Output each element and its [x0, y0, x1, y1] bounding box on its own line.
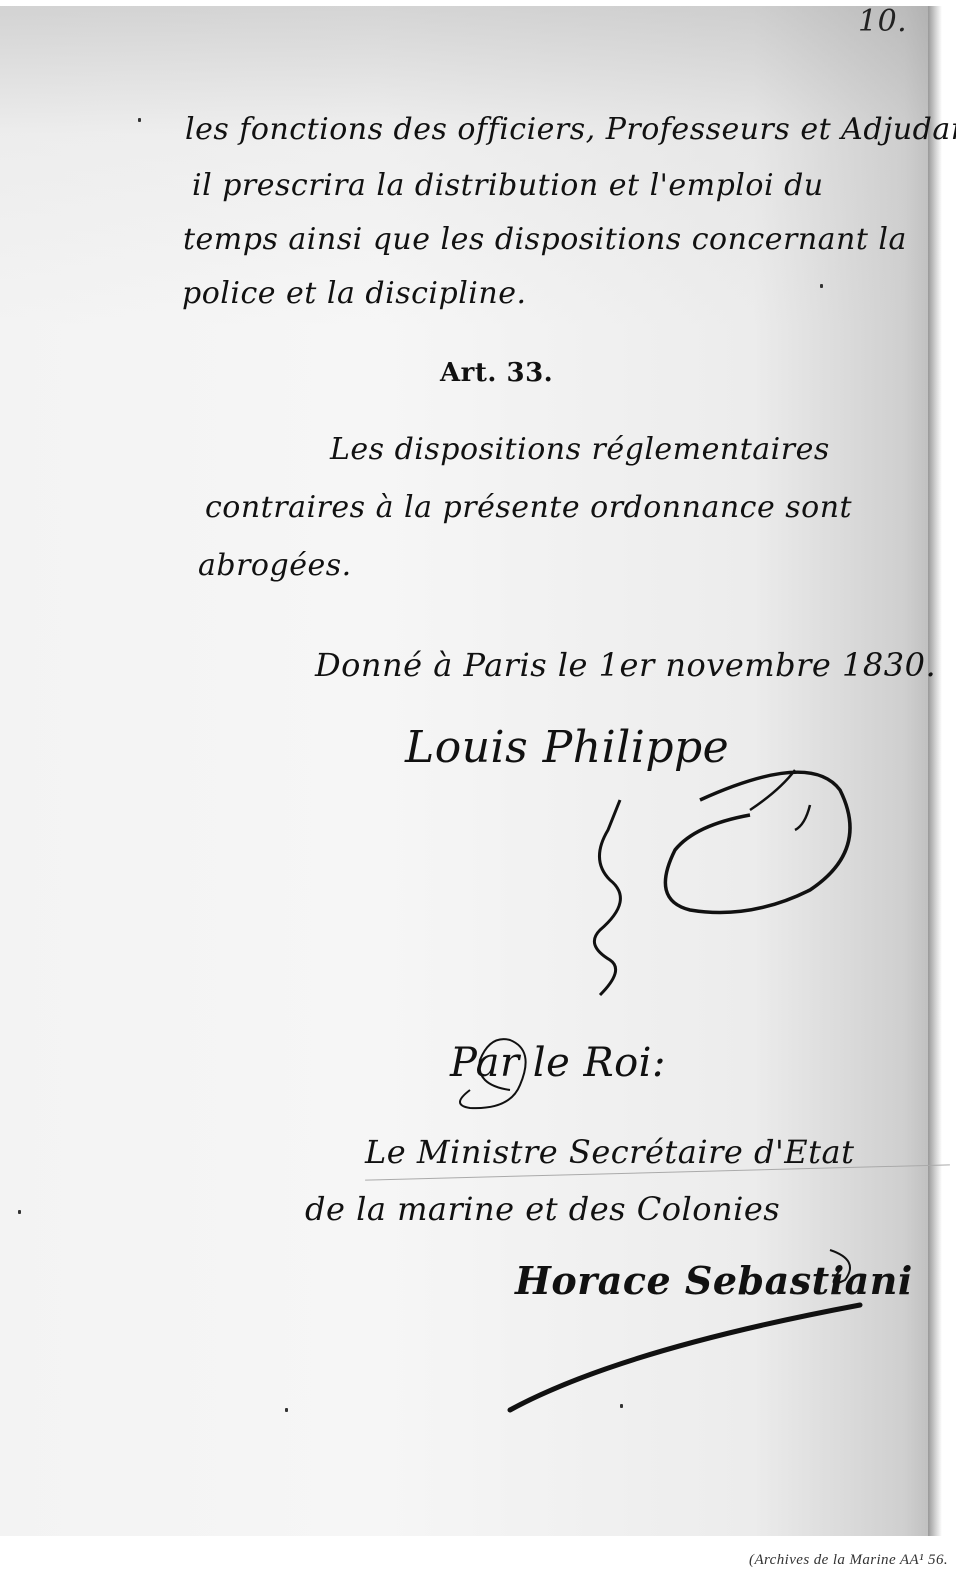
- article-heading: Art. 33.: [440, 358, 553, 388]
- paper-speck: [138, 118, 141, 122]
- article-text-line: abrogées.: [198, 548, 352, 583]
- page-edge-shadow: [928, 6, 942, 1536]
- paragraph-line: police et la discipline.: [182, 276, 527, 311]
- paper-speck: [18, 1210, 21, 1214]
- archive-caption: (Archives de la Marine AA¹ 56.: [749, 1552, 948, 1569]
- paragraph-line: les fonctions des officiers, Professeurs…: [185, 112, 956, 147]
- article-text-line: Les dispositions réglementaires: [330, 432, 830, 467]
- royal-paraph-flourish: [580, 730, 880, 1000]
- paragraph-line: il prescrira la distribution et l'emploi…: [192, 168, 824, 203]
- folio-number: 10.: [858, 4, 907, 39]
- dated-line: Donné à Paris le 1er novembre 1830.: [315, 646, 936, 684]
- article-text-line: contraires à la présente ordonnance sont: [205, 490, 852, 525]
- paper-speck: [620, 1404, 623, 1408]
- minister-signature-underline: [500, 1280, 900, 1420]
- minister-title-line: de la marine et des Colonies: [305, 1190, 780, 1228]
- minister-title-line: Le Ministre Secrétaire d'Etat: [365, 1133, 854, 1171]
- paper-speck: [820, 284, 823, 288]
- countersign-heading: Par le Roi:: [450, 1040, 666, 1086]
- paragraph-line: temps ainsi que les dispositions concern…: [183, 222, 907, 257]
- paper-speck: [285, 1408, 288, 1412]
